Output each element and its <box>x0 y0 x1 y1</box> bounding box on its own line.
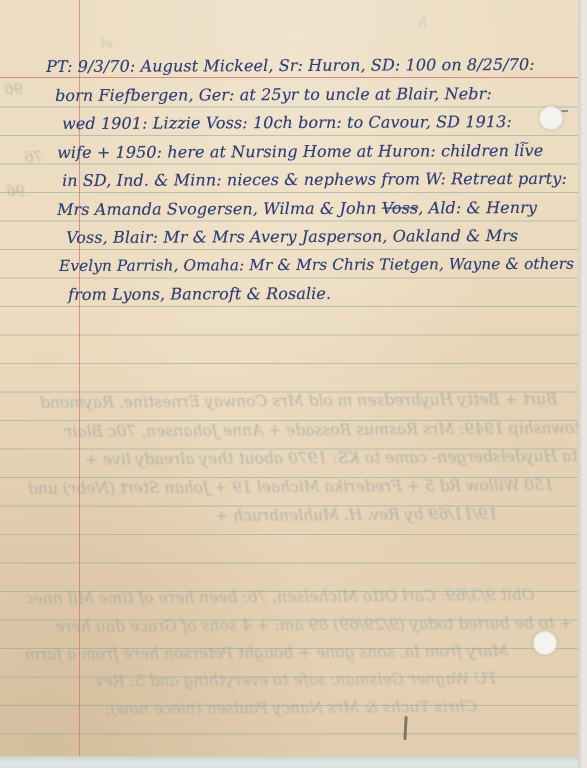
bleed-edge-mark-2: 76 <box>24 148 43 166</box>
handwriting-line-6: Mrs Amanda Svogersen, Wilma & John Voss,… <box>57 198 537 219</box>
bleed-bottom-line-2: + to be buried today (9/29/69) 89 am: + … <box>55 614 572 636</box>
handwriting-line-9: from Lyons, Bancroft & Rosalie. <box>68 284 331 304</box>
overline-tilde-mark: ~ <box>519 136 530 151</box>
hole-punch-bottom <box>533 631 557 655</box>
page-edge-bottom <box>0 756 578 768</box>
bleed-middle-line-2: township 1949: Mrs Rasmus Rossade + Anne… <box>65 419 581 441</box>
handwriting-line-4: wife + 1950: here at Nursing Home at Hur… <box>57 141 543 162</box>
top-margin-red-line <box>0 77 578 78</box>
bleed-edge-mark-1: 96 <box>4 80 23 98</box>
handwriting-line-7: Voss, Blair: Mr & Mrs Avery Jasperson, O… <box>66 226 518 247</box>
line-6-post: , Ald: & Henry <box>418 198 537 218</box>
line-6-pre: Mrs Amanda Svogersen, Wilma & John <box>57 199 382 219</box>
bleed-bottom-line-5: Chris Tuchs & Mrs Nancy Paulsen (niece n… <box>105 698 477 719</box>
bleed-middle-line-3: fetta Huydelsbergen- came to KS: 1970 ab… <box>85 447 587 469</box>
page-edge-right <box>578 0 587 768</box>
handwriting-line-3: wed 1901: Lizzie Voss: 10ch born: to Cav… <box>62 112 512 133</box>
bleed-middle-line-4: 150 Willow Rd 5 + Frederika Michael 19 +… <box>28 476 554 498</box>
pen-tick-mark <box>403 716 407 740</box>
bleed-middle-line-1: Burt + Betty Huybredsen m old Mrs Conway… <box>40 390 558 412</box>
bleed-mark-top-left: el <box>100 36 113 52</box>
bleed-bottom-line-1: Obit 9/3/69: Carl Otto Michelsen, 76: be… <box>25 586 535 608</box>
bleed-mark-top-right: h <box>418 16 427 32</box>
bleed-middle-line-5: 19/11/69 by Rev. H. Muhlenbruch + <box>215 505 498 525</box>
handwriting-line-8: Evelyn Parrish, Omaha: Mr & Mrs Chris Ti… <box>59 255 574 275</box>
scanned-notebook-page: el h PT: 9/3/70: August Mickeel, Sr: Hur… <box>0 0 587 768</box>
bleed-bottom-line-3: Mary from Ia, sons gone + bought Peterso… <box>25 642 508 663</box>
bleed-bottom-line-4: TU Wagner Gelsman: safe to everything an… <box>95 670 498 691</box>
handwriting-line-2: born Fiefbergen, Ger: at 25yr to uncle a… <box>55 84 492 105</box>
line-6-struck-word: Voss <box>382 198 419 217</box>
bleed-edge-mark-3: 96 <box>6 182 25 200</box>
handwriting-line-5: in SD, Ind. & Minn: nieces & nephews fro… <box>62 169 567 190</box>
hole-punch-top <box>539 106 563 130</box>
handwriting-line-1: PT: 9/3/70: August Mickeel, Sr: Huron, S… <box>46 55 535 76</box>
